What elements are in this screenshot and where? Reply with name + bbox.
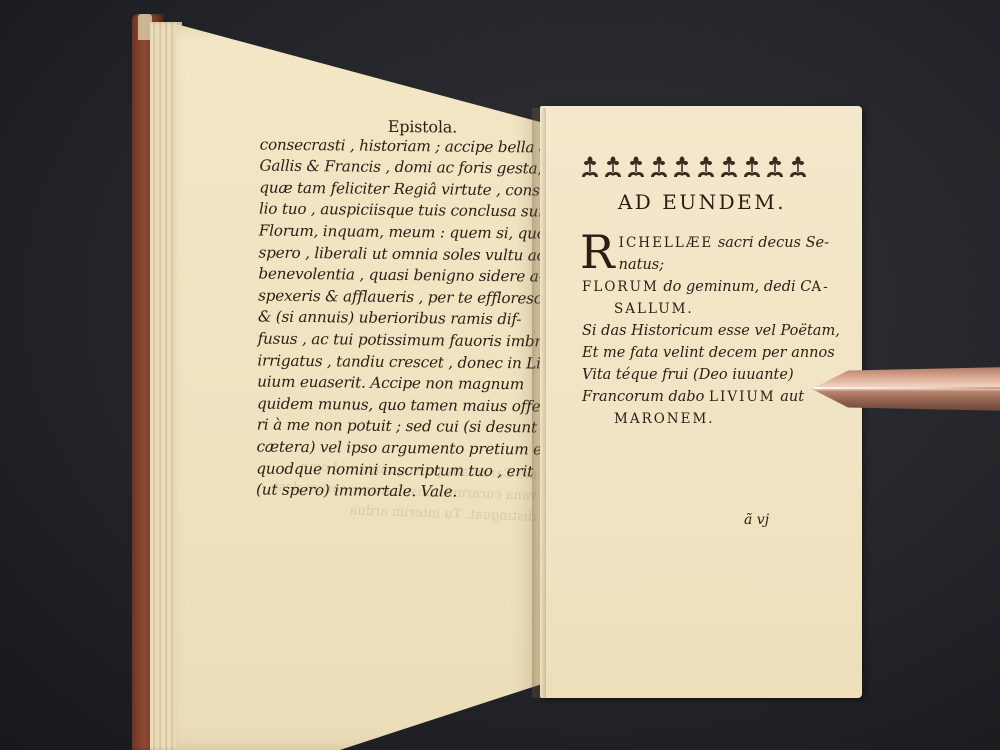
text-line: lio tuo , auspiciisque tuis conclusa sun… (259, 199, 544, 224)
poem-line: Francorum dabo LIVIUM aut (582, 386, 832, 408)
gutter-shadow (532, 108, 546, 698)
poem-line: Vita téque frui (Deo iuuante) (582, 364, 832, 386)
fleuron-icon (696, 155, 716, 179)
fleuron-icon (742, 155, 762, 179)
poem-line: natus; (582, 254, 832, 276)
fleuron-icon (765, 155, 785, 179)
poem-line: FLORUM do geminum, dedi CA- (582, 276, 832, 298)
signature-mark: ã vj (744, 512, 769, 528)
text-line: quodque nomini inscriptum tuo , erit (256, 458, 541, 483)
poem-line: Si das Historicum esse vel Poëtam, (582, 320, 832, 342)
text-line: uium euaserit. Accipe non magnum (257, 372, 542, 397)
fleuron-icon (719, 155, 739, 179)
text-line: quæ tam feliciter Regiâ virtute , consi- (259, 177, 544, 202)
text-line: benevolentia , quasi benigno sidere a- (258, 264, 543, 289)
poem: RICHELLÆE sacri decus Se- natus; FLORUM … (582, 232, 832, 430)
text-line: (ut spero) immortale. Vale. (256, 480, 541, 505)
text-line: spero , liberali ut omnia soles vultu ac (258, 242, 543, 267)
poem-line: SALLUM. (582, 298, 832, 320)
book-photograph: me Cardinalis prosequuntur, id omn vana … (0, 0, 1000, 750)
text-line: ri à me non potuit ; sed cui (si desunt (257, 415, 542, 440)
blade-edge-highlight (814, 387, 1000, 389)
text-line: quidem munus, quo tamen maius offer- (257, 393, 542, 418)
text-line: consecrasti , historiam ; accipe bella à (260, 134, 545, 159)
fleuron-icon (672, 155, 692, 179)
text-line: irrigatus , tandiu crescet , donec in Li… (257, 350, 542, 375)
fleuron-icon (649, 155, 669, 179)
fleuron-icon (580, 155, 600, 179)
text-line: fusus , ac tui potissimum fauoris imbre (258, 328, 543, 353)
text-line: & (si annuis) uberioribus ramis dif- (258, 307, 543, 332)
poem-line: Et me fata velint decem per annos (582, 342, 832, 364)
fleuron-icon (603, 155, 623, 179)
text-line: cætera) vel ipso argumento pretium est: (256, 436, 541, 461)
fleuron-icon (788, 155, 808, 179)
text-line: Gallis & Francis , domi ac foris gesta, (259, 156, 544, 181)
drop-cap: R (580, 232, 615, 272)
text-line: Florum, inquam, meum : quem si, quod (259, 220, 544, 245)
fleuron-icon (626, 155, 646, 179)
text-line: spexeris & afflaueris , per te effloresc… (258, 285, 543, 310)
poem-title: AD EUNDEM. (582, 190, 822, 214)
left-page-text: Epistola. consecrasti , historiam ; acci… (256, 115, 545, 505)
poem-line: MARONEM. (582, 408, 832, 430)
poem-line: RICHELLÆE sacri decus Se- (582, 232, 832, 254)
fleuron-ornament-row (580, 153, 808, 179)
